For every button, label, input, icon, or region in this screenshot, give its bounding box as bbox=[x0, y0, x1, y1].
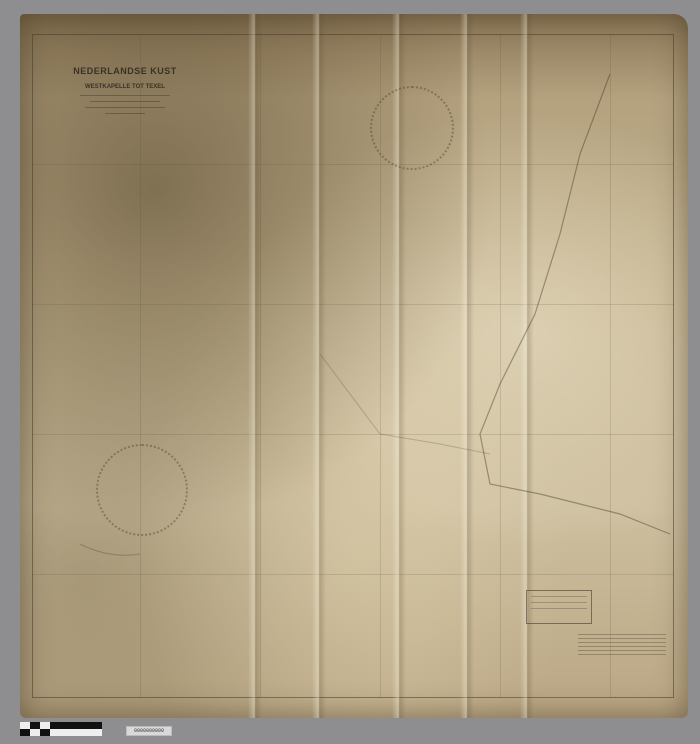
color-scale-bar bbox=[20, 722, 102, 736]
legend-box bbox=[526, 590, 592, 624]
nautical-chart-sheet: NEDERLANDSE KUST WESTKAPELLE TOT TEXEL bbox=[20, 14, 688, 718]
notes-table bbox=[578, 634, 666, 656]
archive-id-label: 0000000000 bbox=[126, 726, 172, 736]
